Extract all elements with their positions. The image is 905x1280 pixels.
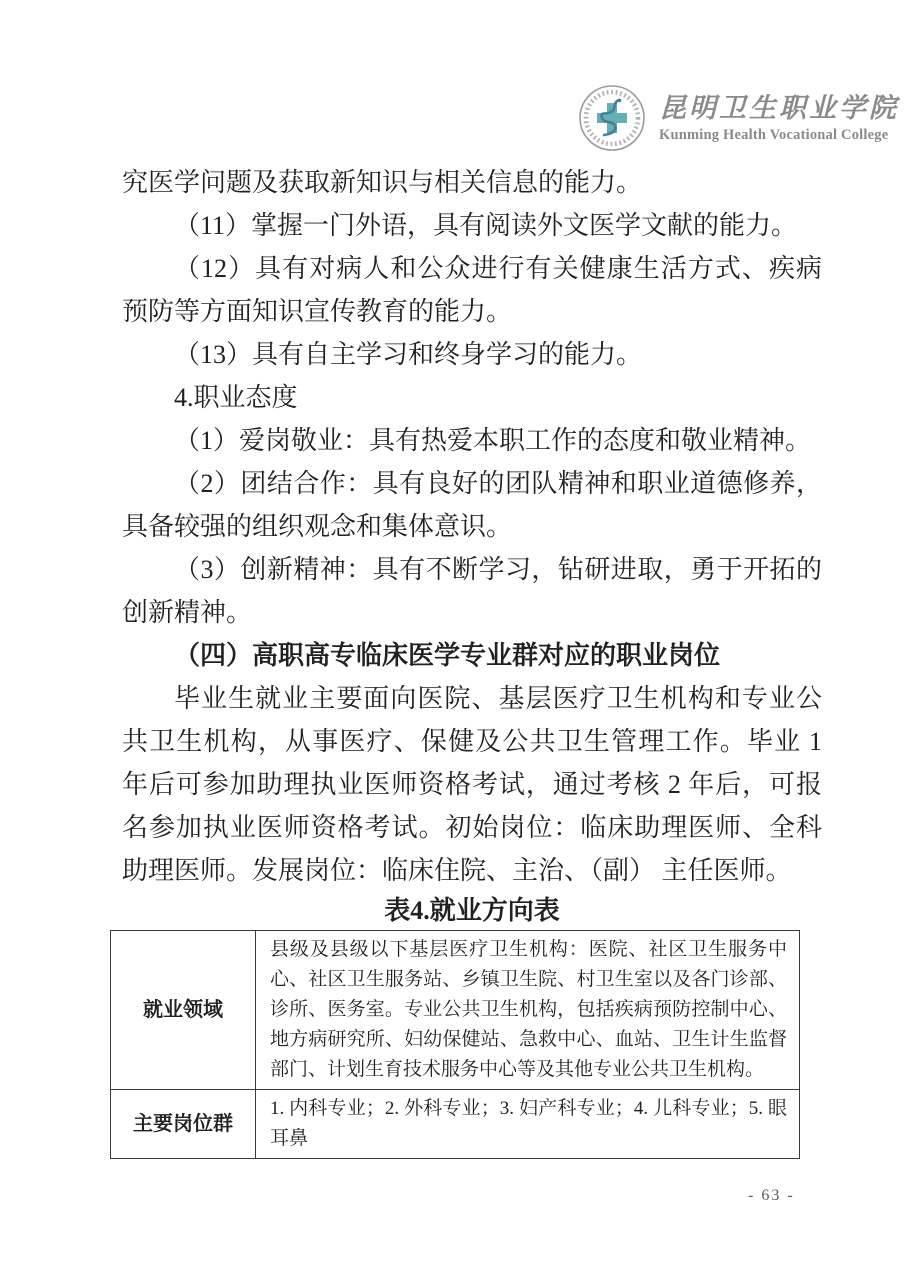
document-body: 究医学问题及获取新知识与相关信息的能力。 （11）掌握一门外语，具有阅读外文医学… bbox=[122, 161, 822, 1159]
employment-table: 就业领域 县级及县级以下基层医疗卫生机构：医院、社区卫生服务中心、社区卫生服务站… bbox=[110, 930, 800, 1159]
paragraph: （3）创新精神：具有不断学习，钻研进取，勇于开拓的创新精神。 bbox=[122, 548, 822, 634]
document-page: 昆明卫生职业学院 Kunming Health Vocational Colle… bbox=[0, 0, 905, 1280]
paragraph: （11）掌握一门外语，具有阅读外文医学文献的能力。 bbox=[122, 204, 822, 247]
paragraph: （13）具有自主学习和终身学习的能力。 bbox=[122, 333, 822, 376]
table-row: 就业领域 县级及县级以下基层医疗卫生机构：医院、社区卫生服务中心、社区卫生服务站… bbox=[111, 931, 800, 1090]
college-logo: 昆明卫生职业学院 Kunming Health Vocational Colle… bbox=[578, 84, 899, 152]
paragraph: （1）爱岗敬业：具有热爱本职工作的态度和敬业精神。 bbox=[122, 419, 822, 462]
college-name-zh: 昆明卫生职业学院 bbox=[659, 91, 899, 125]
table-title: 表4.就业方向表 bbox=[122, 892, 822, 929]
table-row-label: 主要岗位群 bbox=[111, 1090, 256, 1159]
table-row: 主要岗位群 1. 内科专业；2. 外科专业；3. 妇产科专业；4. 儿科专业；5… bbox=[111, 1090, 800, 1159]
paragraph: 4.职业态度 bbox=[122, 376, 822, 419]
table-row-content: 县级及县级以下基层医疗卫生机构：医院、社区卫生服务中心、社区卫生服务站、乡镇卫生… bbox=[256, 931, 800, 1090]
college-seal-icon bbox=[578, 84, 646, 152]
table-row-content: 1. 内科专业；2. 外科专业；3. 妇产科专业；4. 儿科专业；5. 眼耳鼻 bbox=[256, 1090, 800, 1159]
table-row-label: 就业领域 bbox=[111, 931, 256, 1090]
section-heading: （四）高职高专临床医学专业群对应的职业岗位 bbox=[122, 634, 822, 677]
page-number: - 63 - bbox=[748, 1186, 795, 1206]
paragraph: （12）具有对病人和公众进行有关健康生活方式、疾病预防等方面知识宣传教育的能力。 bbox=[122, 247, 822, 333]
paragraph: 毕业生就业主要面向医院、基层医疗卫生机构和专业公共卫生机构，从事医疗、保健及公共… bbox=[122, 677, 822, 892]
college-name-block: 昆明卫生职业学院 Kunming Health Vocational Colle… bbox=[659, 91, 899, 145]
paragraph: 究医学问题及获取新知识与相关信息的能力。 bbox=[122, 161, 822, 204]
paragraph: （2）团结合作：具有良好的团队精神和职业道德修养，具备较强的组织观念和集体意识。 bbox=[122, 462, 822, 548]
college-name-en: Kunming Health Vocational College bbox=[659, 125, 899, 145]
